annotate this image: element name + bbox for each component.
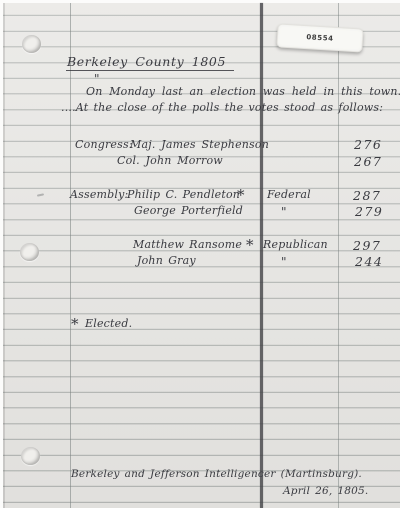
punch-hole-top [22, 35, 41, 53]
vote-count: 287 [353, 188, 381, 203]
office-label-congress: Congress: [75, 138, 133, 151]
quote-line-2: ....At the close of the polls the votes … [61, 101, 383, 114]
center-fold-line [260, 3, 263, 508]
candidate-name: John Gray [137, 254, 196, 267]
candidate-name: Matthew Ransome [133, 238, 242, 251]
footnote-text: Elected. [85, 317, 132, 330]
open-quote-mark: " [94, 72, 100, 86]
elected-mark: * [237, 190, 245, 200]
vote-count: 276 [354, 137, 382, 152]
pencil-stray-mark [37, 193, 44, 196]
vote-count: 279 [355, 204, 383, 219]
vote-count: 267 [354, 154, 382, 169]
punch-hole-bottom [21, 447, 40, 465]
page-title: Berkeley County 1805 [66, 54, 234, 71]
office-label-assembly: Assembly: [70, 188, 128, 201]
source-date: April 26, 1805. [283, 485, 368, 497]
party-ditto-mark: " [281, 255, 287, 269]
scanned-document: 08554 Berkeley County 1805 " On Monday l… [0, 0, 400, 508]
party-ditto-mark: " [281, 205, 287, 219]
elected-mark: * [246, 240, 254, 250]
candidate-name: George Porterfield [134, 204, 243, 217]
notebook-paper [3, 3, 400, 508]
vote-count: 297 [353, 238, 381, 253]
candidate-name: Maj. James Stephenson [130, 138, 269, 151]
paper-edge [3, 3, 5, 508]
quote-line-1: On Monday last an election was held in t… [86, 85, 400, 98]
candidate-name: Col. John Morrow [117, 154, 223, 167]
margin-line [70, 3, 71, 508]
punch-hole-middle [20, 243, 39, 261]
party-label: Federal [267, 188, 311, 201]
vote-count: 244 [355, 254, 383, 269]
source-publication: Berkeley and Jefferson Intelligencer (Ma… [71, 468, 362, 480]
footnote-mark: * [71, 319, 79, 329]
party-label: Republican [263, 238, 328, 251]
right-column-line [338, 3, 339, 508]
catalog-number: 08554 [306, 33, 334, 43]
candidate-name: Philip C. Pendleton [127, 188, 240, 201]
